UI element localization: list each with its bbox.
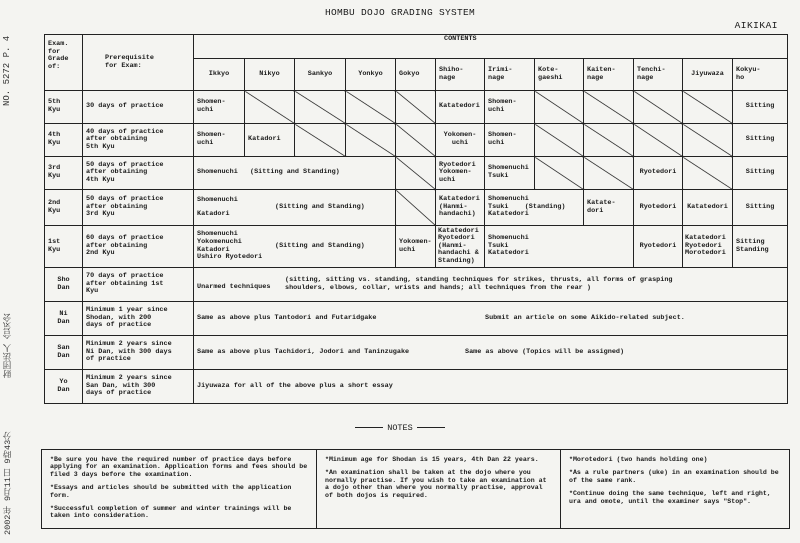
fax-date-mark: 2002年 9月11日 9時43分 [2,385,14,535]
notes-box: *Be sure you have the required number of… [41,449,317,529]
table-row: 4th Kyu 40 days of practice after obtain… [45,124,788,157]
essay-requirement: Submit an article on some Aikido-related… [420,315,685,323]
header-grade: Exam. for Grade of: [45,35,83,91]
table-row: San Dan Minimum 2 years since Ni Dan, wi… [45,336,788,370]
header-technique: Jiyuwaza [683,59,733,91]
note-item: *Successful completion of summer and win… [50,505,308,520]
table-row: Yo Dan Minimum 2 years since San Dan, wi… [45,370,788,404]
technique-cell: Katatedori [436,91,485,124]
not-applicable-cell [535,124,584,157]
technique-list: Shomenuchi Yokomenuchi Katadori Ushiro R… [197,231,275,261]
not-applicable-cell [396,124,436,157]
technique-cell: Sitting Standing [733,226,788,268]
technique-cell: Sitting [733,157,788,190]
requirement-cell: Unarmed techniques (sitting, sitting vs.… [194,268,788,302]
header-prerequisite: Prerequisite for Exam: [83,35,194,91]
technique-cell: Katatedori Ryotedori (Hanmi- handachi & … [436,226,485,268]
technique-cell: Shomen- uchi [485,124,535,157]
technique-cell: Yokomen- uchi [396,226,436,268]
prereq-cell: 40 days of practice after obtaining 5th … [83,124,194,157]
grade-cell: 5th Kyu [45,91,83,124]
not-applicable-cell [683,91,733,124]
requirement-detail: Same as above plus Tachidori, Jodori and… [197,349,420,357]
divider [355,427,383,428]
not-applicable-cell [584,91,634,124]
not-applicable-cell [634,124,683,157]
technique-cell: Katadori [245,124,295,157]
notes-box: *Minimum age for Shodan is 15 years, 4th… [316,449,561,529]
technique-cell: Ryotedori Yokomen- uchi [436,157,485,190]
fax-page-mark: NO. 5272 P. 4 [2,26,12,106]
notes-heading: NOTES [0,423,800,433]
requirement-label: Unarmed techniques [197,278,285,292]
technique-cell: Shomenuchi Katadori (Sitting and Standin… [194,190,396,226]
not-applicable-cell [535,157,584,190]
technique-cell: Sitting [733,190,788,226]
header-technique: Gokyo [396,59,436,91]
table-row: Sho Dan 70 days of practice after obtain… [45,268,788,302]
header-technique: Yonkyo [346,59,396,91]
header-technique: Shiho- nage [436,59,485,91]
grade-cell: 2nd Kyu [45,190,83,226]
header-technique: Kaiten- nage [584,59,634,91]
table-row: 2nd Kyu 50 days of practice after obtain… [45,190,788,226]
prereq-cell: 60 days of practice after obtaining 2nd … [83,226,194,268]
grade-cell: San Dan [45,336,83,370]
notes-title: NOTES [387,423,413,433]
organization-name: AIKIKAI [735,20,778,31]
not-applicable-cell [396,91,436,124]
table-row: Ni Dan Minimum 1 year since Shodan, with… [45,302,788,336]
not-applicable-cell [396,190,436,226]
header-technique: Kokyu- ho [733,59,788,91]
technique-cell: Ryotedori [634,226,683,268]
technique-cell: Yokomen- uchi [436,124,485,157]
grading-table: Exam. for Grade of: Prerequisite for Exa… [44,34,788,404]
document-title: HOMBU DOJO GRADING SYSTEM [0,7,800,18]
requirement-cell: Same as above plus Tachidori, Jodori and… [194,336,788,370]
technique-cell: Katatedori (Hanmi- handachi) [436,190,485,226]
technique-cell: Ryotedori [634,157,683,190]
not-applicable-cell [584,157,634,190]
not-applicable-cell [584,124,634,157]
requirement-detail: (sitting, sitting vs. standing, standing… [285,277,673,292]
divider [417,427,445,428]
note-item: *Be sure you have the required number of… [50,456,308,478]
prereq-cell: Minimum 2 years since Ni Dan, with 300 d… [83,336,194,370]
note-item: *An examination shall be taken at the do… [325,469,552,499]
grade-cell: Yo Dan [45,370,83,404]
header-technique: Ikkyo [194,59,245,91]
technique-cell: Shomenuchi (Sitting and Standing) [194,157,396,190]
not-applicable-cell [245,91,295,124]
technique-cell: Shomen- uchi [194,91,245,124]
technique-cell: Katatedori Ryotedori Morotedori [683,226,733,268]
header-technique: Irimi- nage [485,59,535,91]
notes-box: *Morotedori (two hands holding one) *As … [560,449,790,529]
header-technique: Nikyo [245,59,295,91]
grade-cell: 3rd Kyu [45,157,83,190]
not-applicable-cell [634,91,683,124]
technique-note: (Sitting and Standing) [275,243,365,251]
technique-cell: Katatedori [683,190,733,226]
technique-cell: Shomen- uchi [194,124,245,157]
essay-requirement: Same as above (Topics will be assigned) [420,349,624,357]
table-row: 3rd Kyu 50 days of practice after obtain… [45,157,788,190]
header-technique: Tenchi- nage [634,59,683,91]
technique-cell: Sitting [733,124,788,157]
technique-cell: Sitting [733,91,788,124]
note-item: *Morotedori (two hands holding one) [569,456,781,463]
technique-cell: Shomenuchi Tsuki Katatedori [485,226,634,268]
not-applicable-cell [535,91,584,124]
technique-name: Katadori [197,211,275,219]
grade-cell: Sho Dan [45,268,83,302]
not-applicable-cell [683,124,733,157]
prereq-cell: 30 days of practice [83,91,194,124]
note-item: *Continue doing the same technique, left… [569,490,781,505]
prereq-cell: Minimum 1 year since Shodan, with 200 da… [83,302,194,336]
not-applicable-cell [346,124,396,157]
technique-name: Shomenuchi [197,197,275,205]
not-applicable-cell [683,157,733,190]
technique-cell: Shomenuchi Tsuki (Standing) Katatedori [485,190,584,226]
table-row: 1st Kyu 60 days of practice after obtain… [45,226,788,268]
technique-cell: Shomenuchi Tsuki [485,157,535,190]
requirement-detail: Same as above plus Tantodori and Futarid… [197,315,420,323]
technique-cell: Katate- dori [584,190,634,226]
grade-cell: Ni Dan [45,302,83,336]
grade-cell: 1st Kyu [45,226,83,268]
not-applicable-cell [295,91,346,124]
not-applicable-cell [396,157,436,190]
technique-cell: Shomenuchi Yokomenuchi Katadori Ushiro R… [194,226,396,268]
prereq-cell: 50 days of practice after obtaining 4th … [83,157,194,190]
header-technique: Sankyo [295,59,346,91]
requirement-cell: Same as above plus Tantodori and Futarid… [194,302,788,336]
note-item: *Essays and articles should be submitted… [50,484,308,499]
technique-note: (Sitting and Standing) [275,204,365,212]
prereq-cell: 50 days of practice after obtaining 3rd … [83,190,194,226]
not-applicable-cell [346,91,396,124]
header-contents: CONTENTS [194,35,788,59]
grade-cell: 4th Kyu [45,124,83,157]
note-item: *Minimum age for Shodan is 15 years, 4th… [325,456,552,463]
technique-cell: Shomen- uchi [485,91,535,124]
table-row: 5th Kyu 30 days of practice Shomen- uchi… [45,91,788,124]
prereq-cell: 70 days of practice after obtaining 1st … [83,268,194,302]
note-item: *As a rule partners (uke) in an examinat… [569,469,781,484]
header-technique: Kote- gaeshi [535,59,584,91]
prereq-cell: Minimum 2 years since San Dan, with 300 … [83,370,194,404]
technique-cell: Ryotedori [634,190,683,226]
requirement-cell: Jiyuwaza for all of the above plus a sho… [194,370,788,404]
not-applicable-cell [295,124,346,157]
stamp-mark: 財団法人 合気会 [2,318,14,378]
